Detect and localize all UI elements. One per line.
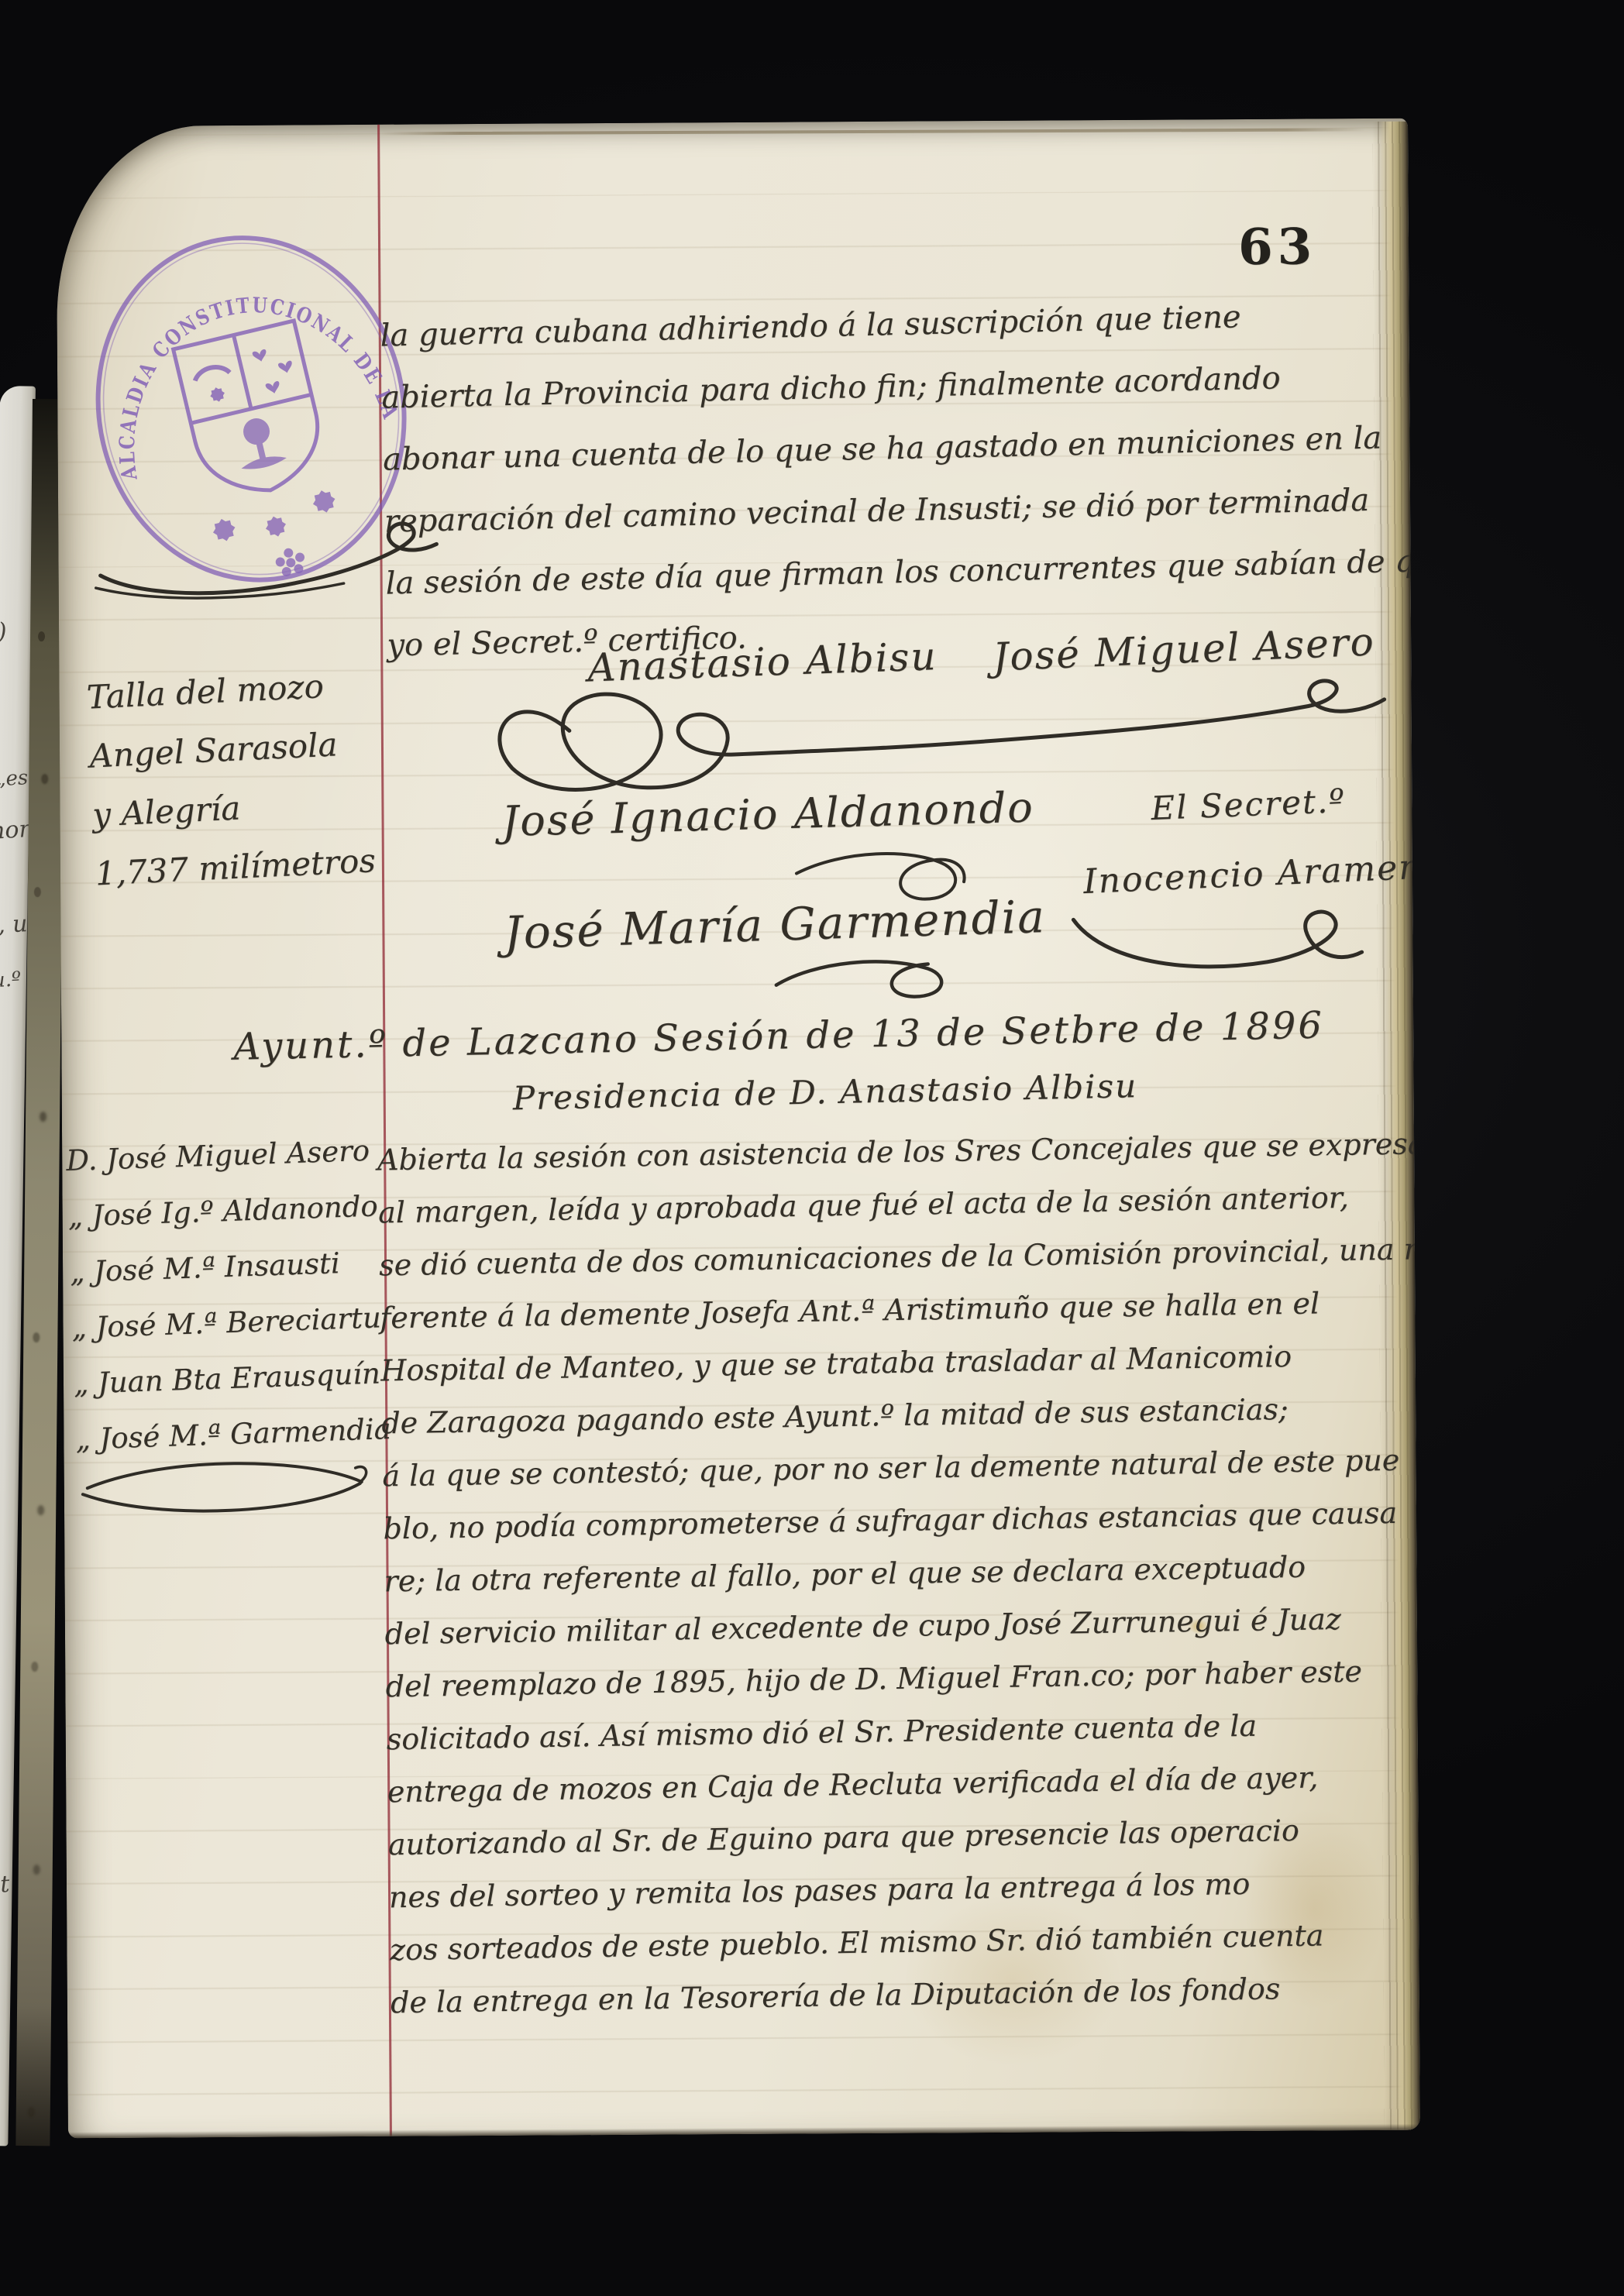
councilor-name: „ José Ig.º Aldanondo — [67, 1178, 385, 1245]
stamp-tree — [231, 414, 287, 473]
aramendia-flourish — [1064, 896, 1371, 987]
councilor-name: „ José M.ª Insausti — [69, 1234, 387, 1301]
previous-page-text-fragment: u.º — [0, 968, 22, 992]
manuscript-page: 63 ALCALDIA CONSTITUCIONAL DE LAZCANO — [56, 119, 1420, 2139]
session-body: Abierta la sesión con asistencia de los … — [377, 1117, 1420, 2029]
stamp-hearts — [252, 344, 298, 397]
ink-specks — [38, 631, 45, 641]
previous-page-text-fragment: tº. — [0, 1936, 2, 1961]
garmendia-flourish — [762, 945, 969, 1020]
stamp-shield — [174, 321, 331, 504]
councilor-name: D. José Miguel Asero — [65, 1122, 383, 1189]
secretary-title: El Secret.º — [1151, 782, 1347, 827]
margin-councilor-list: D. José Miguel Asero„ José Ig.º Aldanond… — [65, 1122, 392, 1468]
councilors-flourish — [74, 1442, 377, 1528]
previous-page-text-fragment: „ u — [0, 910, 28, 939]
previous-page-text-fragment: ) — [0, 618, 8, 646]
ledger-photo: )„esnon„ uu.ºbittº. 63 ALCALDIA CONSTITU… — [0, 0, 1624, 2296]
councilor-name: „ José M.ª Bereciartu — [71, 1290, 388, 1356]
closing-paragraph: la guerra cubana adhiriendo á la suscrip… — [380, 282, 1420, 677]
previous-page-text-fragment: bit — [0, 1871, 10, 1899]
previous-page-text-fragment: „es — [0, 766, 29, 791]
margin-note-talla: Talla del mozoAngel Sarasolay Alegría1,7… — [85, 655, 377, 903]
councilor-name: „ Juan Bta Erausquín — [73, 1346, 391, 1412]
page-number: 63 — [1238, 218, 1317, 277]
